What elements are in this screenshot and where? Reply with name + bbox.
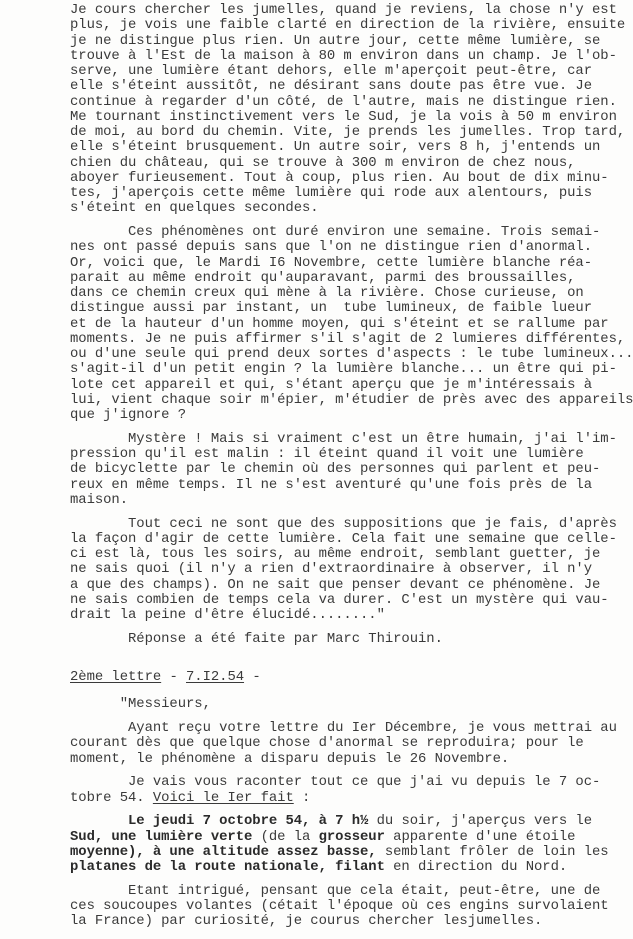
text-line: moments. Je ne puis affirmer s'il s'agit… — [70, 332, 625, 347]
text-line: tes, j'aperçois cette même lumière qui r… — [70, 186, 592, 201]
text-line: que j'ignore ? — [70, 408, 186, 423]
bold-text-segment: grosseur — [319, 829, 385, 845]
text-line: ces soucoupes volantes (cétait l'époque … — [70, 899, 609, 914]
text-segment: la France) par curiosité, je courus cher… — [70, 913, 542, 929]
text-line: tobre 54. Voici le Ier fait : — [70, 791, 310, 806]
text-line: lote cet appareil et qui, s'étant aperçu… — [70, 378, 592, 393]
text-line: elle s'éteint brusquement. Un autre soir… — [70, 140, 600, 155]
letter-number-label: 2ème lettre — [70, 669, 161, 685]
text-line: elle s'éteint aussitôt, ne désirant sans… — [70, 79, 592, 94]
text-line: serve, une lumière étant dehors, elle m'… — [70, 64, 592, 79]
text-line: courant dès que quelque chose d'anormal … — [70, 736, 584, 751]
text-line: moment, le phénomène a disparu depuis le… — [70, 752, 509, 767]
text-segment: apparente d'une étoile — [385, 829, 576, 845]
text-line: la France) par curiosité, je courus cher… — [70, 914, 542, 929]
text-line: s'agit-il d'un petit engin ? la lumière … — [70, 362, 617, 377]
text-line: Tout ceci ne sont que des suppositions q… — [70, 517, 617, 532]
text-line: Etant intrigué, pensant que cela était, … — [70, 884, 600, 899]
heading-separator: - — [161, 669, 186, 685]
text-line: moyenne), à une altitude assez basse, se… — [70, 845, 609, 860]
text-line: Me tournant instinctivement vers le Sud,… — [70, 110, 617, 125]
text-segment: moment, le phénomène a disparu depuis le… — [70, 751, 509, 767]
text-line: reux en même temps. Il ne s'est aventuré… — [70, 478, 592, 493]
text-line: la façon d'agir de cette lumière. Cela f… — [70, 532, 617, 547]
text-line: de moi, au bord du chemin. Vite, je pren… — [70, 125, 625, 140]
text-line: Sud, une lumière verte (de la grosseur a… — [70, 830, 575, 845]
text-line: Ces phénomènes ont duré environ une sema… — [70, 225, 600, 240]
text-segment: Ayant reçu votre lettre du Ier Décembre,… — [70, 720, 617, 736]
text-line: de bicyclette par le chemin où des perso… — [70, 462, 600, 477]
text-line: Je cours chercher les jumelles, quand je… — [70, 3, 617, 18]
text-segment: (de la — [252, 829, 318, 845]
letter-date: 7.I2.54 — [186, 669, 244, 685]
section-heading: 2ème lettre - 7.I2.54 - — [70, 670, 261, 685]
text-line: pression qu'il est malin : il éteint qua… — [70, 447, 584, 462]
text-line: lui, vient chaque soir m'épier, m'étudie… — [70, 393, 633, 408]
text-line: ne sais quoi (il n'y a rien d'extraordin… — [70, 562, 592, 577]
text-line: trouve à l'Est de la maison à 80 m envir… — [70, 49, 617, 64]
typewritten-letter-page: Je cours chercher les jumelles, quand je… — [0, 0, 633, 939]
text-line: platanes de la route nationale, filant e… — [70, 860, 567, 875]
text-line: drait la peine d'être élucidé........" — [70, 608, 385, 623]
text-segment: courant dès que quelque chose d'anormal … — [70, 735, 584, 751]
text-line: ou d'une seule qui prend deux sortes d'a… — [70, 347, 633, 362]
text-line: aboyer furieusement. Tout à coup, plus r… — [70, 171, 609, 186]
text-line: Réponse a été faite par Marc Thirouin. — [70, 632, 443, 647]
text-segment: du soir, j'aperçus vers le — [368, 813, 592, 829]
heading-trailing-dash: - — [244, 669, 261, 685]
bold-text-segment: moyenne), à une altitude assez basse, — [70, 844, 377, 860]
text-line: dans ce chemin creux qui mène à la riviè… — [70, 286, 584, 301]
text-line: Je vais vous raconter tout ce que j'ai v… — [70, 775, 600, 790]
text-line: ci est là, tous les soirs, au même endro… — [70, 547, 600, 562]
text-segment — [70, 813, 128, 829]
text-segment: en direction du Nord. — [385, 859, 567, 875]
text-line: Le jeudi 7 octobre 54, à 7 h½ du soir, j… — [70, 814, 592, 829]
text-line: a que des champs). On ne sait que penser… — [70, 578, 600, 593]
text-line: nes ont passé depuis sans que l'on ne di… — [70, 240, 592, 255]
bold-text-segment: platanes de la route nationale, filant — [70, 859, 385, 875]
bold-text-segment: Sud, une lumière verte — [70, 829, 252, 845]
text-segment: semblant frôler de loin les — [377, 844, 609, 860]
text-line: plus, je vois une faible clarté en direc… — [70, 18, 625, 33]
text-line: Or, voici que, le Mardi I6 Novembre, cet… — [70, 256, 592, 271]
text-line: maison. — [70, 493, 128, 508]
text-line: ne sais combien de temps cela va durer. … — [70, 593, 609, 608]
text-line: chien du château, qui se trouve à 300 m … — [70, 156, 575, 171]
text-line: et de la hauteur d'un homme moyen, qui s… — [70, 317, 609, 332]
text-segment: tobre 54. — [70, 790, 145, 806]
text-line: parait au même endroit qu'auparavant, pa… — [70, 271, 575, 286]
text-segment: Etant intrigué, pensant que cela était, … — [70, 883, 600, 899]
text-line: Mystère ! Mais si vraiment c'est un être… — [70, 432, 617, 447]
text-line: distingue aussi par instant, un tube lum… — [70, 301, 592, 316]
salutation: "Messieurs, — [70, 697, 211, 712]
text-line: je ne distingue plus rien. Un autre jour… — [70, 34, 600, 49]
text-segment: Je vais vous raconter tout ce que j'ai v… — [70, 774, 600, 790]
bold-text-segment: Le jeudi 7 octobre 54, à 7 h½ — [128, 813, 368, 829]
text-segment: : — [294, 790, 311, 806]
text-line: s'éteint en quelques secondes. — [70, 201, 319, 216]
text-segment: ces soucoupes volantes (cétait l'époque … — [70, 898, 609, 914]
text-line: Ayant reçu votre lettre du Ier Décembre,… — [70, 721, 617, 736]
underlined-phrase: Voici le Ier fait — [153, 790, 294, 806]
text-line: continue à regarder d'un côté, de l'autr… — [70, 95, 617, 110]
